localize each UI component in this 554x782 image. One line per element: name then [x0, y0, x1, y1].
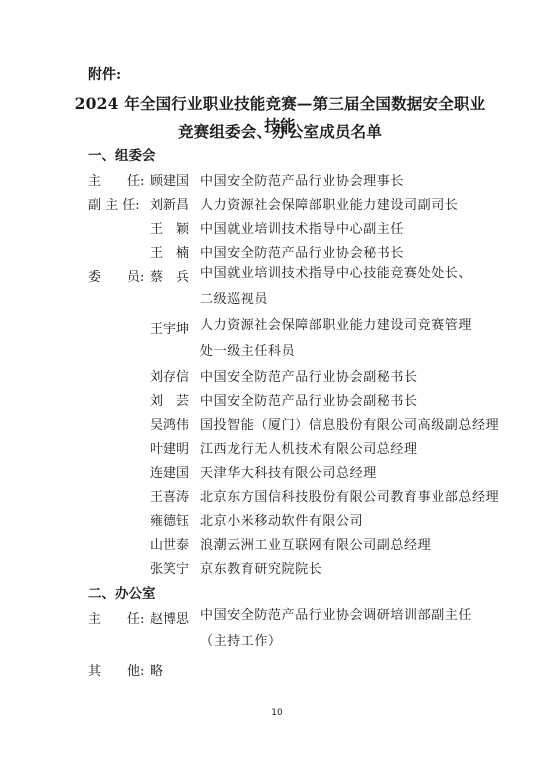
member-desc: 浪潮云洲工业互联网有限公司副总经理: [200, 534, 431, 553]
member-name: 王喜涛: [150, 486, 189, 505]
member-desc: 江西龙行无人机技术有限公司总经理: [200, 438, 418, 457]
member-row: 其 他: 略: [0, 660, 554, 686]
member-desc: 中国安全防范产品行业协会调研培训部副主任（主持工作）: [200, 603, 472, 655]
member-role: 主 任:: [88, 608, 144, 627]
member-name: 略: [150, 660, 163, 679]
member-row: 王 颖 中国就业培训技术指导中心副主任: [0, 218, 554, 244]
member-name: 吴鸿伟: [150, 414, 189, 433]
member-desc: 国投智能（厦门）信息股份有限公司高级副总经理: [200, 414, 499, 433]
member-row: 王宇坤 人力资源社会保障部职业能力建设司竞赛管理处一级主任科员: [0, 318, 554, 370]
member-desc: 中国就业培训技术指导中心技能竞赛处处长、二级巡视员: [200, 261, 472, 313]
member-row: 副 主 任: 刘新昌 人力资源社会保障部职业能力建设司副司长: [0, 194, 554, 220]
member-role: 委 员:: [88, 266, 144, 285]
member-desc: 天津华大科技有限公司总经理: [200, 462, 377, 481]
member-name: 王 颖: [150, 218, 189, 237]
member-role: 其 他:: [88, 660, 144, 679]
member-name: 山世泰: [150, 534, 189, 553]
member-desc: 中国安全防范产品行业协会副秘书长: [200, 390, 418, 409]
member-row: 山世泰 浪潮云洲工业互联网有限公司副总经理: [0, 534, 554, 560]
member-row: 王喜涛 北京东方国信科技股份有限公司教育事业部总经理: [0, 486, 554, 512]
member-role: 副 主 任:: [88, 194, 140, 213]
member-desc: 中国就业培训技术指导中心副主任: [200, 218, 404, 237]
member-name: 张笑宁: [150, 558, 189, 577]
member-desc: 中国安全防范产品行业协会秘书长: [200, 242, 404, 261]
member-name: 叶建明: [150, 438, 189, 457]
section-heading-committee: 一、组委会: [88, 144, 156, 164]
member-name: 王 楠: [150, 242, 189, 261]
member-desc: 中国安全防范产品行业协会副秘书长: [200, 366, 418, 385]
member-name: 刘存信: [150, 366, 189, 385]
member-name: 刘新昌: [150, 194, 189, 213]
section-heading-office: 二、办公室: [88, 582, 156, 602]
document-page: 附件: 2024 年全国行业职业技能竞赛—第三届全国数据安全职业技能 竞赛组委会…: [0, 0, 554, 782]
member-desc: 中国安全防范产品行业协会理事长: [200, 170, 404, 189]
member-desc: 北京东方国信科技股份有限公司教育事业部总经理: [200, 486, 499, 505]
member-role: 主 任:: [88, 170, 144, 189]
member-name: 赵博思: [150, 608, 189, 627]
member-name: 连建国: [150, 462, 189, 481]
member-name: 王宇坤: [150, 318, 189, 337]
member-row: 吴鸿伟 国投智能（厦门）信息股份有限公司高级副总经理: [0, 414, 554, 440]
member-row: 叶建明 江西龙行无人机技术有限公司总经理: [0, 438, 554, 464]
document-title-line2: 竞赛组委会、办公室成员名单: [70, 120, 490, 142]
member-name: 刘 芸: [150, 390, 189, 409]
member-row: 雍德钰 北京小米移动软件有限公司: [0, 510, 554, 536]
member-desc: 人力资源社会保障部职业能力建设司竞赛管理处一级主任科员: [200, 313, 472, 365]
member-desc: 京东教育研究院院长: [200, 558, 322, 577]
attachment-label: 附件:: [88, 64, 121, 84]
member-row: 张笑宁 京东教育研究院院长: [0, 558, 554, 584]
member-desc: 北京小米移动软件有限公司: [200, 510, 363, 529]
member-row: 刘存信 中国安全防范产品行业协会副秘书长: [0, 366, 554, 392]
member-row: 主 任: 顾建国 中国安全防范产品行业协会理事长: [0, 170, 554, 196]
member-row: 刘 芸 中国安全防范产品行业协会副秘书长: [0, 390, 554, 416]
member-row: 主 任: 赵博思 中国安全防范产品行业协会调研培训部副主任（主持工作）: [0, 608, 554, 660]
member-name: 顾建国: [150, 170, 189, 189]
page-number: 10: [0, 708, 554, 718]
member-desc: 人力资源社会保障部职业能力建设司副司长: [200, 194, 458, 213]
member-name: 雍德钰: [150, 510, 189, 529]
member-name: 蔡 兵: [150, 266, 189, 285]
member-row: 连建国 天津华大科技有限公司总经理: [0, 462, 554, 488]
member-row: 委 员: 蔡 兵 中国就业培训技术指导中心技能竞赛处处长、二级巡视员: [0, 266, 554, 318]
